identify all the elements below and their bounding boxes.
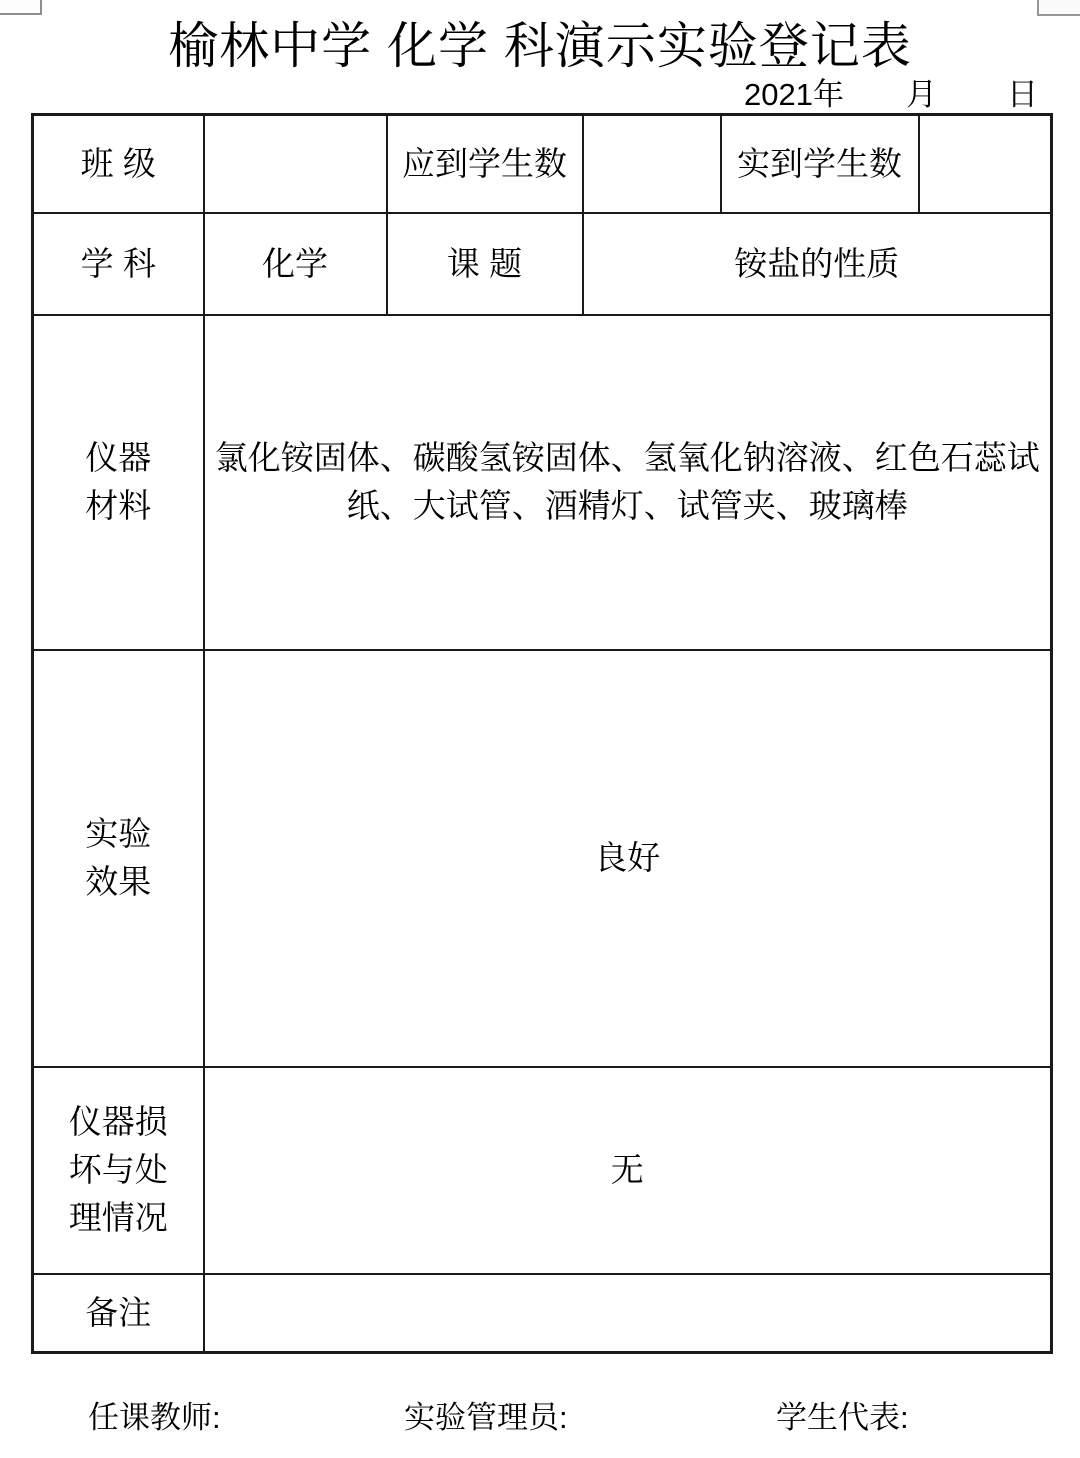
- result-label-cell: 实验 效果: [33, 650, 204, 1067]
- subject-value-cell: 化学: [204, 213, 387, 315]
- date-month-label: 月: [906, 77, 937, 112]
- signature-student-rep-label: 学生代表:: [776, 1392, 909, 1437]
- materials-value-cell: 氯化铵固体、碳酸氢铵固体、氢氧化钠溶液、红色石蕊试纸、大试管、酒精灯、试管夹、玻…: [204, 315, 1052, 650]
- page-title: 榆林中学 化学 科演示实验登记表: [0, 20, 1080, 73]
- signature-teacher-label: 任课教师:: [88, 1392, 221, 1437]
- date-line: 2021年月日: [0, 78, 1038, 112]
- scanned-form-page: 榆林中学 化学 科演示实验登记表 2021年月日 班 级 应到学生数 实到学生数…: [0, 0, 1080, 1458]
- actual-students-value-cell: [919, 115, 1052, 213]
- subject-label-cell: 学 科: [33, 213, 204, 315]
- remarks-row: 备注: [33, 1274, 1052, 1353]
- date-day-label: 日: [1007, 77, 1038, 112]
- expected-students-label-cell: 应到学生数: [387, 115, 583, 213]
- class-value-cell: [204, 115, 387, 213]
- subject-row: 学 科 化学 课 题 铵盐的性质: [33, 213, 1052, 315]
- class-label-cell: 班 级: [33, 115, 204, 213]
- remarks-label-cell: 备注: [33, 1274, 204, 1353]
- result-row: 实验 效果 良好: [33, 650, 1052, 1067]
- materials-row: 仪器 材料 氯化铵固体、碳酸氢铵固体、氢氧化钠溶液、红色石蕊试纸、大试管、酒精灯…: [33, 315, 1052, 650]
- materials-label-cell: 仪器 材料: [33, 315, 204, 650]
- scan-artifact-top-right: [1037, 0, 1080, 16]
- topic-value-cell: 铵盐的性质: [583, 213, 1052, 315]
- damage-row: 仪器损 坏与处 理情况 无: [33, 1067, 1052, 1274]
- expected-students-value-cell: [583, 115, 721, 213]
- experiment-registration-table: 班 级 应到学生数 实到学生数 学 科 化学 课 题 铵盐的性质 仪器 材料 氯…: [31, 113, 1053, 1354]
- result-value-cell: 良好: [204, 650, 1052, 1067]
- signature-lab-manager-label: 实验管理员:: [404, 1392, 568, 1437]
- class-row: 班 级 应到学生数 实到学生数: [33, 115, 1052, 213]
- date-year: 2021年: [744, 77, 844, 112]
- damage-label-cell: 仪器损 坏与处 理情况: [33, 1067, 204, 1274]
- scan-artifact-top-left: [0, 0, 42, 15]
- topic-label-cell: 课 题: [387, 213, 583, 315]
- actual-students-label-cell: 实到学生数: [721, 115, 919, 213]
- remarks-value-cell: [204, 1274, 1052, 1353]
- damage-value-cell: 无: [204, 1067, 1052, 1274]
